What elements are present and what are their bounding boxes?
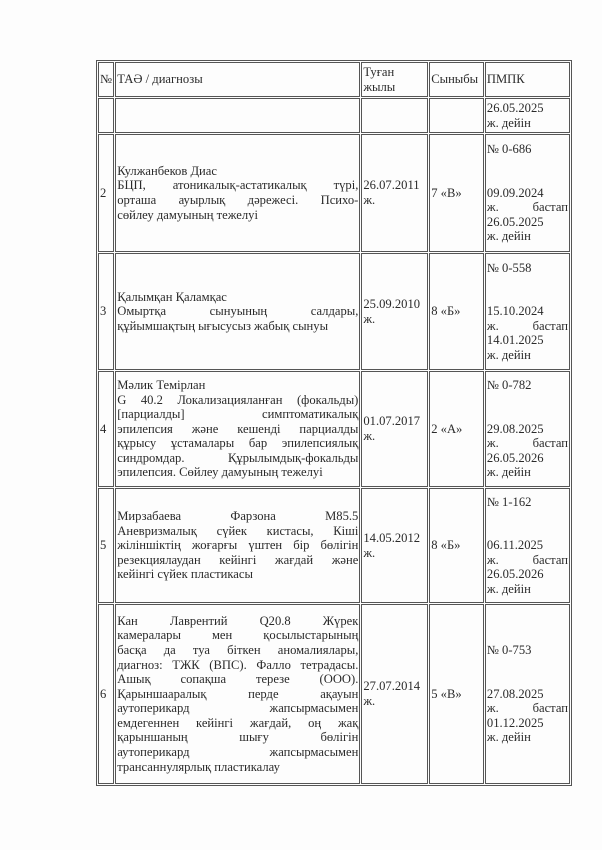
diagnosis-line: жіліншіктің жоғарғы үштен бір бөлігін [117,538,358,553]
pmpk-number: № 0-686 [487,142,568,157]
birth-date: 14.05.2012 [363,531,426,546]
birth-date: 25.09.2010 [363,297,426,312]
pmpk-from-suffix: ж. бастап [487,553,568,568]
diagnosis-line: Қарыншааралық перде ақауын [117,687,358,702]
row-birth: 01.07.2017 ж. [361,371,428,487]
pmpk-from-suffix: ж. бастап [487,701,568,716]
pmpk-number: № 0-782 [487,378,568,393]
row-grade: 8 «Б» [429,253,484,370]
diagnosis-line: басқа да туа біткен аномалиялары, [117,643,358,658]
diagnosis-line: Ашық сопақша терезе (ООО). [117,672,358,687]
diagnosis-line: камералары мен қосылыстарының [117,628,358,643]
diagnosis-line: [парциалды] симптоматикалық [117,407,358,422]
table-header-row: № ТАӘ / диагнозы Туған жылы Сыныбы ПМПК [98,62,570,97]
pmpk-to-date: 01.12.2025 [487,716,568,731]
birth-date: 01.07.2017 [363,414,426,429]
row-diagnosis: Мирзабаева Фарзона М85.5 Аневризмалық сү… [115,488,360,603]
row-birth: 14.05.2012 ж. [361,488,428,603]
diagnosis-line: Омыртқа сынуының салдары, [117,304,358,319]
pmpk-from-date: 27.08.2025 [487,687,568,702]
diagnosis-line: эпилепсия. Сөйлеу дамуының тежелуі [117,465,358,480]
students-table: № ТАӘ / диагнозы Туған жылы Сыныбы ПМПК … [96,60,572,786]
pmpk-from-suffix: ж. бастап [487,436,568,451]
row-diagnosis: Кулжанбеков Диас БЦП, атоникалық-астатик… [115,134,360,252]
pmpk-from-suffix: ж. бастап [487,200,568,215]
diagnosis-line: диагноз: ТЖК (ВПС). Фалло тетрадасы. [117,658,358,673]
diagnosis-line: синдромдар. Құрылымдық-фокальды [117,451,358,466]
row-grade: 2 «А» [429,371,484,487]
row-birth [361,98,428,133]
row-pmpk: № 1-162 06.11.2025 ж. бастап 26.05.2026 … [485,488,570,603]
birth-suffix: ж. [363,694,426,709]
row-pmpk: № 0-753 27.08.2025 ж. бастап 01.12.2025 … [485,604,570,784]
row-num: 5 [98,488,114,603]
pmpk-to-date: 26.05.2025 [487,215,568,230]
row-num: 6 [98,604,114,784]
diagnosis-line: құрысу ұстамалары бар эпилепсиялық [117,436,358,451]
pmpk-to-date: 26.05.2026 [487,451,568,466]
pmpk-from-suffix: ж. бастап [487,319,568,334]
header-pmpk: ПМПК [485,62,570,97]
row-birth: 27.07.2014 ж. [361,604,428,784]
pmpk-number: № 1-162 [487,495,568,510]
row-grade: 8 «Б» [429,488,484,603]
header-diagnosis: ТАӘ / диагнозы [115,62,360,97]
student-name: Мәлик Темірлан [117,378,358,393]
header-birth-line1: Туған [363,65,426,80]
row-birth: 25.09.2010 ж. [361,253,428,370]
birth-suffix: ж. [363,193,426,208]
student-name-diagnosis-line: Кан Лаврентий Q20.8 Жүрек [117,614,358,629]
pmpk-to-suffix: ж. дейін [487,730,568,745]
pmpk-from-date: 29.08.2025 [487,422,568,437]
diagnosis-line: эпилепсия және кешенді парциалды [117,422,358,437]
row-num: 4 [98,371,114,487]
pmpk-to-suffix: ж. дейін [487,348,568,363]
diagnosis-line: аутоперикард жапсырмасымен [117,701,358,716]
row-grade: 7 «В» [429,134,484,252]
table-row: 26.05.2025 ж. дейін [98,98,570,133]
row-pmpk: № 0-686 09.09.2024 ж. бастап 26.05.2025 … [485,134,570,252]
pmpk-to-suffix: ж. дейін [487,465,568,480]
pmpk-to-date: 26.05.2026 [487,567,568,582]
pmpk-to-date: 26.05.2025 [487,101,568,116]
table-row: 4 Мәлик Темірлан G 40.2 Локализацияланға… [98,371,570,487]
diagnosis-line: резекциялаудан кейінгі жағдай және [117,553,358,568]
diagnosis-line: БЦП, атоникалық-астатикалық түрі, [117,178,358,193]
row-grade [429,98,484,133]
table-row: 5 Мирзабаева Фарзона М85.5 Аневризмалық … [98,488,570,603]
row-pmpk: № 0-558 15.10.2024 ж. бастап 14.01.2025 … [485,253,570,370]
pmpk-to-suffix: ж. дейін [487,582,568,597]
pmpk-from-date: 06.11.2025 [487,538,568,553]
birth-suffix: ж. [363,429,426,444]
row-num [98,98,114,133]
diagnosis-line: емдегеннен кейінгі жағдай, оң жақ [117,716,358,731]
row-diagnosis: Кан Лаврентий Q20.8 Жүрек камералары мен… [115,604,360,784]
header-num: № [98,62,114,97]
student-name: Қалымқан Қаламқас [117,290,358,305]
row-diagnosis: Қалымқан Қаламқас Омыртқа сынуының салда… [115,253,360,370]
table-row: 6 Кан Лаврентий Q20.8 Жүрек камералары м… [98,604,570,784]
pmpk-from-date: 15.10.2024 [487,304,568,319]
birth-date: 27.07.2014 [363,679,426,694]
diagnosis-line: Аневризмалық сүйек кистасы, Кіші [117,524,358,539]
row-num: 3 [98,253,114,370]
diagnosis-line: трансаннулярлық пластикалау [117,760,358,775]
row-pmpk: № 0-782 29.08.2025 ж. бастап 26.05.2026 … [485,371,570,487]
student-name: Кулжанбеков Диас [117,164,358,179]
document-page: № ТАӘ / диагнозы Туған жылы Сыныбы ПМПК … [0,0,602,850]
diagnosis-line: кейінгі сүйек пластикасы [117,567,358,582]
row-birth: 26.07.2011 ж. [361,134,428,252]
header-birth-line2: жылы [363,80,426,95]
birth-suffix: ж. [363,546,426,561]
diagnosis-line: қарыншаның шығу бөлігін [117,730,358,745]
diagnosis-line: құйымшақтың ығысусыз жабық сынуы [117,319,358,334]
row-grade: 5 «В» [429,604,484,784]
diagnosis-line: сөйлеу дамуының тежелуі [117,208,358,223]
pmpk-to-suffix: ж. дейін [487,116,568,131]
header-birth: Туған жылы [361,62,428,97]
pmpk-number: № 0-753 [487,643,568,658]
header-grade: Сыныбы [429,62,484,97]
pmpk-number: № 0-558 [487,261,568,276]
pmpk-from-date: 09.09.2024 [487,186,568,201]
row-num: 2 [98,134,114,252]
student-name-diagnosis-line: Мирзабаева Фарзона М85.5 [117,509,358,524]
pmpk-to-date: 14.01.2025 [487,333,568,348]
table-row: 3 Қалымқан Қаламқас Омыртқа сынуының сал… [98,253,570,370]
birth-date: 26.07.2011 [363,178,426,193]
table-row: 2 Кулжанбеков Диас БЦП, атоникалық-астат… [98,134,570,252]
row-pmpk: 26.05.2025 ж. дейін [485,98,570,133]
diagnosis-line: G 40.2 Локализацияланған (фокальды) [117,393,358,408]
birth-suffix: ж. [363,312,426,327]
diagnosis-line: аутоперикард жапсырмасымен [117,745,358,760]
row-diagnosis: Мәлик Темірлан G 40.2 Локализацияланған … [115,371,360,487]
diagnosis-line: орташа ауырлық дәрежесі. Психо- [117,193,358,208]
row-diagnosis [115,98,360,133]
pmpk-to-suffix: ж. дейін [487,229,568,244]
